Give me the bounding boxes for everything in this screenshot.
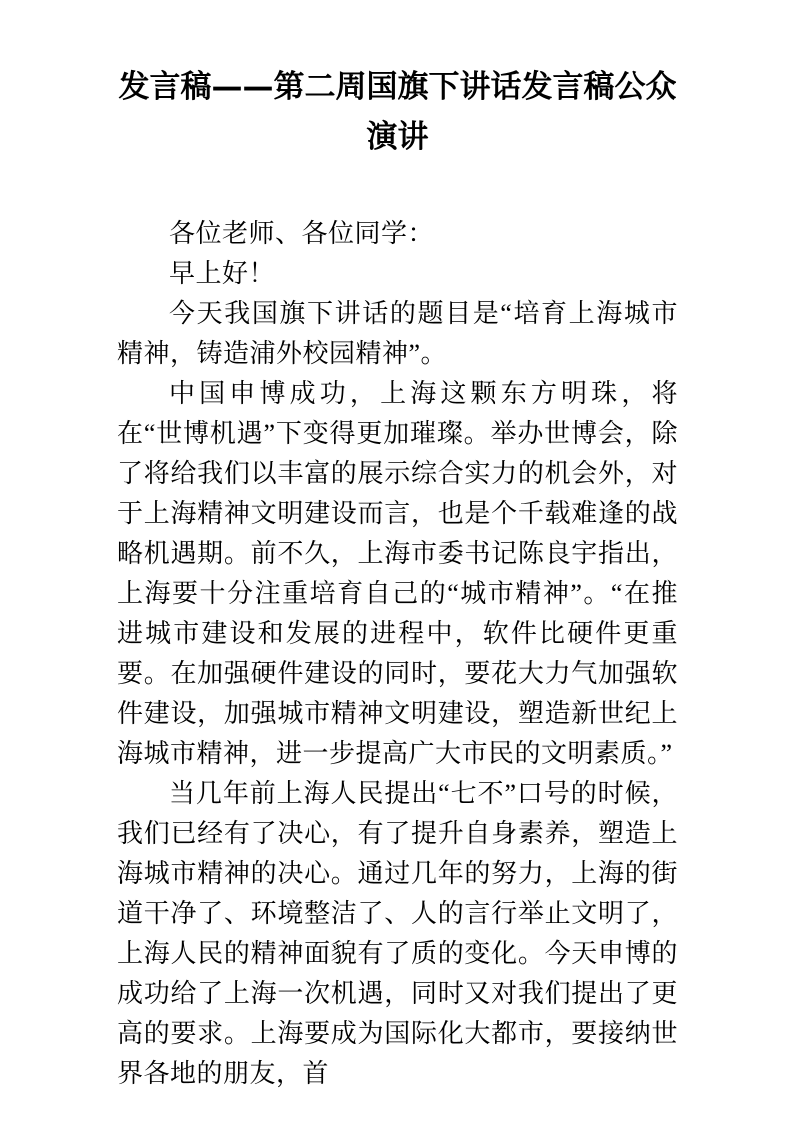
document-title: 发言稿——第二周国旗下讲话发言稿公众演讲 — [117, 62, 678, 162]
paragraph-salutation: 各位老师、各位同学： — [117, 214, 678, 254]
paragraph-topic: 今天我国旗下讲话的题目是“培育上海城市精神，铸造浦外校园精神”。 — [117, 294, 678, 374]
paragraph-greeting: 早上好！ — [117, 254, 678, 294]
document-page: 发言稿——第二周国旗下讲话发言稿公众演讲 各位老师、各位同学： 早上好！ 今天我… — [0, 0, 793, 1122]
paragraph-qibu-progress: 当几年前上海人民提出“七不”口号的时候，我们已经有了决心，有了提升自身素养，塑造… — [117, 774, 678, 1094]
paragraph-expo-city-spirit: 中国申博成功，上海这颗东方明珠，将在“世博机遇”下变得更加璀璨。举办世博会，除了… — [117, 374, 678, 774]
